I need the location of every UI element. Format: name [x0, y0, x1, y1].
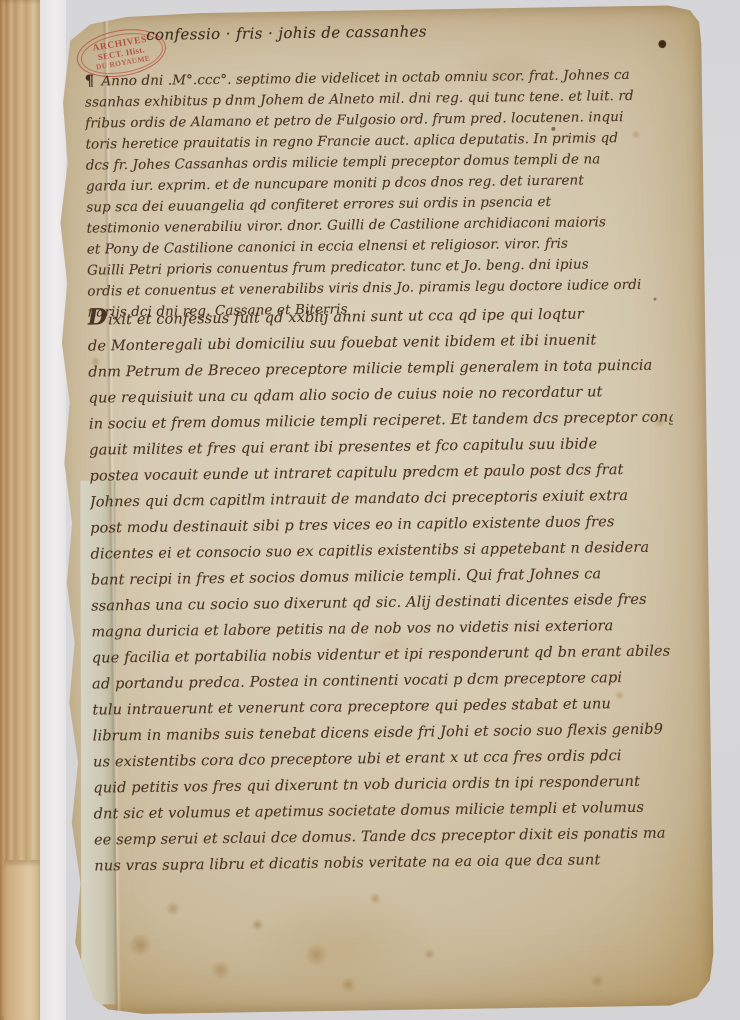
paragraph-mark: ¶: [85, 71, 95, 89]
underlying-leaf-corner: [4, 860, 40, 1020]
manuscript-title: confessio · fris · johis de cassanhes: [146, 22, 486, 44]
manuscript-page: ARCHIVES SECT. Hist. DU ROYAUME confessi…: [50, 5, 714, 1015]
stain: [590, 974, 605, 987]
paragraph: Dixit et confessus fuit qd xxbiij anni s…: [87, 297, 678, 879]
stain: [303, 944, 329, 966]
background-gap: [40, 0, 66, 1020]
ink-blot: [658, 39, 666, 48]
stain: [209, 961, 231, 979]
stain: [127, 934, 153, 956]
stain: [340, 977, 357, 992]
stain: [369, 893, 382, 904]
stain: [251, 918, 264, 930]
stain: [241, 888, 442, 1000]
stain: [165, 901, 181, 915]
stain: [423, 948, 435, 959]
photo-background: ARCHIVES SECT. Hist. DU ROYAUME confessi…: [0, 0, 740, 1020]
paragraph: ¶Anno dni .M°.ccc°. septimo die videlice…: [85, 63, 672, 323]
